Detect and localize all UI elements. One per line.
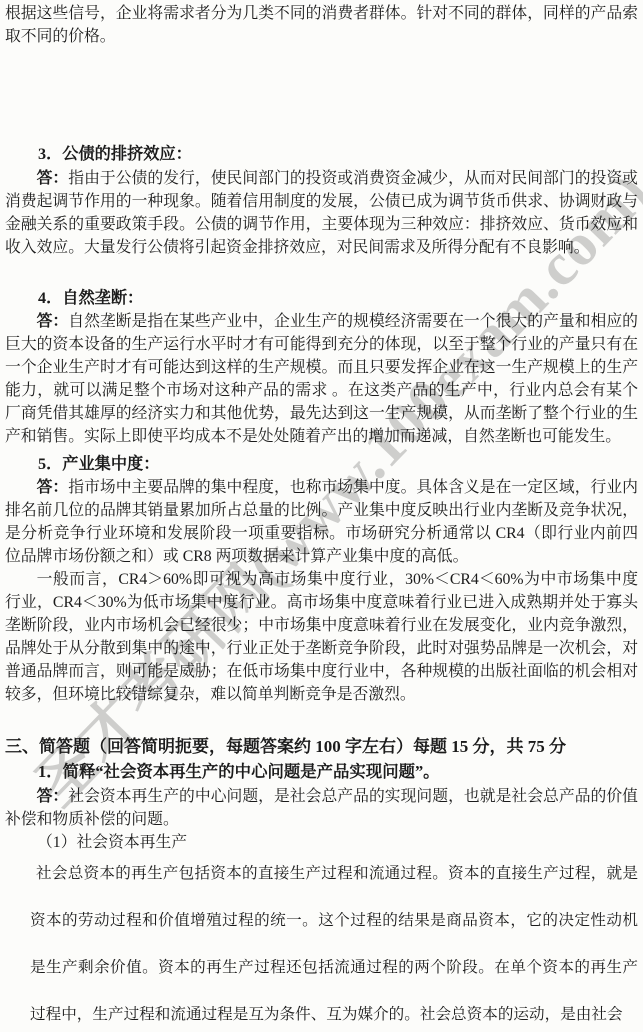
answer-text: 指市场中主要品牌的集中程度，也称市场集中度。具体含义是在一定区域，行业内排名前几… bbox=[5, 479, 638, 565]
answer-label: 答： bbox=[37, 479, 69, 496]
answer-text: 社会资本再生产的中心问题，是社会总产品的实现问题，也就是社会总产品的价值补偿和物… bbox=[5, 788, 638, 828]
intro-paragraph: 根据这些信号，企业将需求者分为几类不同的消费者群体。针对不同的群体，同样的产品索… bbox=[5, 2, 638, 48]
term-answer-5-paragraph-2: 一般而言，CR4＞60%即可视为高市场集中度行业，30%＜CR4＜60%为中市场… bbox=[5, 568, 638, 706]
term-answer-5: 答：指市场中主要品牌的集中程度，也称市场集中度。具体含义是在一定区域，行业内排名… bbox=[5, 476, 638, 568]
answer-text: 指由于公债的发行，使民间部门的投资或消费资金减少，从而对民间部门的投资或消费起调… bbox=[5, 170, 638, 256]
answer-label: 答： bbox=[37, 170, 69, 187]
term-heading-5: 5．产业集中度： bbox=[38, 453, 638, 475]
document-page: 圣才考研网(www.100exam.com) 根据这些信号，企业将需求者分为几类… bbox=[0, 0, 643, 1032]
question-1-heading: 1．简释“社会资本再生产的中心问题是产品实现问题”。 bbox=[38, 761, 638, 783]
term-heading-3: 3．公债的排挤效应： bbox=[38, 143, 638, 165]
answer-label: 答： bbox=[37, 788, 69, 805]
term-heading-4: 4．自然垄断： bbox=[38, 287, 638, 309]
answer-label: 答： bbox=[37, 313, 69, 330]
question-1-answer: 答：社会资本再生产的中心问题，是社会总产品的实现问题，也就是社会总产品的价值补偿… bbox=[5, 785, 638, 831]
term-answer-4: 答：自然垄断是指在某些产业中，企业生产的规模经济需要在一个很大的产量和相应的巨大… bbox=[5, 310, 638, 448]
question-1-body: 社会总资本的再生产包括资本的直接生产过程和流通过程。资本的直接生产过程，就是资本… bbox=[30, 850, 638, 1032]
answer-text: 自然垄断是指在某些产业中，企业生产的规模经济需要在一个很大的产量和相应的巨大的资… bbox=[5, 313, 638, 445]
section-heading-short-answer: 三、简答题（回答简明扼要，每题答案约 100 字左右）每题 15 分，共 75 … bbox=[5, 736, 638, 758]
term-answer-3: 答：指由于公债的发行，使民间部门的投资或消费资金减少，从而对民间部门的投资或消费… bbox=[5, 167, 638, 259]
